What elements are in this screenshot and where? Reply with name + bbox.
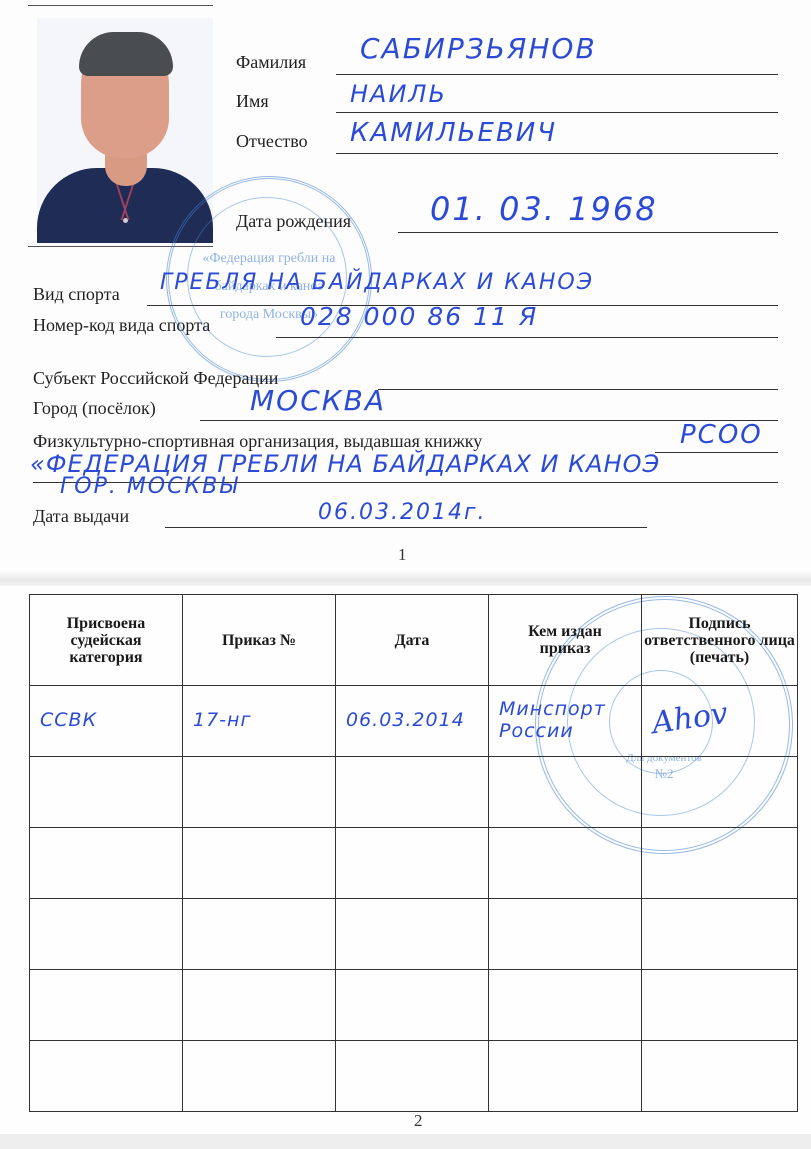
city-label: Город (посёлок)	[33, 398, 156, 419]
signature: Ahov	[651, 702, 729, 734]
birth-date-line	[398, 232, 778, 233]
table-cell-category[interactable]	[30, 757, 183, 828]
table-cell-date[interactable]	[336, 1041, 489, 1112]
sport-code-line	[276, 337, 778, 338]
birth-date-value[interactable]: 01. 03. 1968	[430, 190, 658, 228]
issuing-org-value-3[interactable]: гор. Москвы	[60, 474, 239, 499]
divider	[28, 5, 213, 6]
column-header-date: Дата	[336, 595, 489, 686]
stamp-text: «Федерация гребли на	[199, 251, 339, 267]
handwritten-value: 17-нг	[193, 709, 251, 731]
patronymic-label: Отчество	[236, 131, 308, 152]
issuing-org-label: Физкультурно-спортивная организация, выд…	[33, 431, 482, 452]
table-cell-signature[interactable]	[642, 970, 798, 1041]
federation-subject-line	[378, 389, 778, 390]
table-cell-category[interactable]	[30, 828, 183, 899]
table-cell-date[interactable]	[336, 899, 489, 970]
table-cell-signature[interactable]	[642, 757, 798, 828]
table-row	[30, 970, 798, 1041]
table-cell-order-no[interactable]	[183, 970, 336, 1041]
city-value[interactable]: Москва	[250, 384, 386, 417]
page-number: 2	[414, 1111, 423, 1131]
surname-line	[336, 74, 778, 75]
table-cell-issued-by[interactable]	[489, 1041, 642, 1112]
column-header-signature: Подпись ответственного лица (печать)	[642, 595, 798, 686]
issuing-org-value-1[interactable]: РСОО	[680, 420, 763, 450]
page-number: 1	[398, 545, 407, 565]
table-cell-signature[interactable]	[642, 828, 798, 899]
table-cell-issued-by[interactable]	[489, 899, 642, 970]
sport-code-value[interactable]: 028 000 86 11 Я	[300, 302, 538, 331]
table-header-row: Присвоена судейская категория Приказ № Д…	[30, 595, 798, 686]
page-edge	[0, 1134, 811, 1149]
table-cell-order-no[interactable]	[183, 1041, 336, 1112]
column-header-issued-by: Кем издан приказ	[489, 595, 642, 686]
table-cell-signature[interactable]: Ahov	[642, 686, 798, 757]
page-gap	[0, 572, 811, 586]
table-cell-issued-by[interactable]	[489, 828, 642, 899]
table-cell-order-no[interactable]	[183, 757, 336, 828]
page-1: «Федерация гребли на байдарках и каноэ г…	[0, 0, 811, 578]
table-cell-date[interactable]	[336, 757, 489, 828]
table-cell-date[interactable]	[336, 828, 489, 899]
table-cell-signature[interactable]	[642, 899, 798, 970]
sport-value[interactable]: гребля на байдарках и каноэ	[160, 270, 594, 295]
surname-value[interactable]: САБИРЗЬЯНОВ	[360, 32, 597, 65]
table-row: ССВК17-нг06.03.2014Минспорт РоссииAhov	[30, 686, 798, 757]
column-header-category: Присвоена судейская категория	[30, 595, 183, 686]
patronymic-line	[336, 153, 778, 154]
patronymic-value[interactable]: КАМИЛЬЕВИЧ	[350, 118, 557, 148]
first-name-label: Имя	[236, 91, 269, 112]
issue-date-label: Дата выдачи	[33, 506, 129, 527]
table-cell-signature[interactable]	[642, 1041, 798, 1112]
table-cell-category[interactable]	[30, 899, 183, 970]
column-header-order-no: Приказ №	[183, 595, 336, 686]
table-cell-order-no[interactable]: 17-нг	[183, 686, 336, 757]
table-row	[30, 1041, 798, 1112]
table-row	[30, 757, 798, 828]
issuing-org-line-1	[655, 452, 778, 453]
table-cell-category[interactable]	[30, 970, 183, 1041]
issue-date-value[interactable]: 06.03.2014г.	[318, 500, 487, 525]
table-cell-category[interactable]	[30, 1041, 183, 1112]
table-cell-date[interactable]: 06.03.2014	[336, 686, 489, 757]
table-cell-order-no[interactable]	[183, 899, 336, 970]
handwritten-value: Минспорт России	[499, 698, 609, 742]
handwritten-value: 06.03.2014	[346, 709, 465, 731]
referee-category-table: Присвоена судейская категория Приказ № Д…	[29, 594, 798, 1112]
first-name-value[interactable]: НАИЛЬ	[350, 80, 447, 108]
table-cell-issued-by[interactable]: Минспорт России	[489, 686, 642, 757]
table-cell-issued-by[interactable]	[489, 970, 642, 1041]
surname-label: Фамилия	[236, 52, 306, 73]
sport-code-label: Номер-код вида спорта	[33, 315, 210, 336]
federation-subject-label: Субъект Российской Федерации	[33, 368, 278, 389]
first-name-line	[336, 112, 778, 113]
table-cell-category[interactable]: ССВК	[30, 686, 183, 757]
table-row	[30, 828, 798, 899]
issue-date-line	[165, 527, 647, 528]
portrait-photo	[37, 18, 213, 243]
table-cell-date[interactable]	[336, 970, 489, 1041]
table-row	[30, 899, 798, 970]
birth-date-label: Дата рождения	[236, 211, 351, 232]
table-cell-order-no[interactable]	[183, 828, 336, 899]
table-cell-issued-by[interactable]	[489, 757, 642, 828]
page-2: Для документов №2 Присвоена судейская ка…	[0, 586, 811, 1134]
sport-label: Вид спорта	[33, 284, 120, 305]
handwritten-value: ССВК	[40, 709, 97, 731]
